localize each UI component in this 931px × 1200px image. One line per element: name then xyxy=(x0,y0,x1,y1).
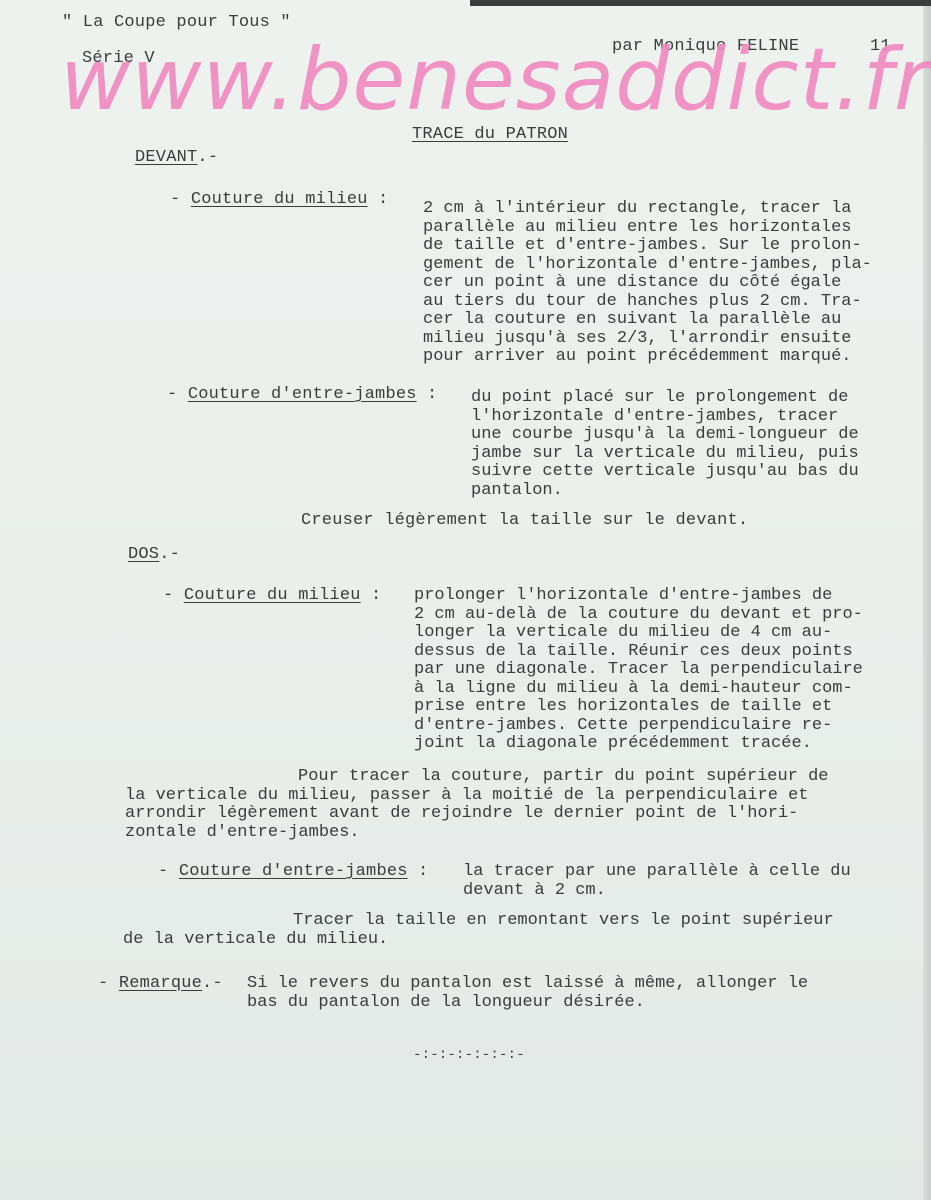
dos-heading-text: DOS xyxy=(128,545,159,564)
text-line: à la ligne du milieu à la demi-hauteur c… xyxy=(414,680,863,699)
devant-couture-entre-jambes-text: du point placé sur le prolongement del'h… xyxy=(471,389,859,500)
devant-note: Creuser légèrement la taille sur le deva… xyxy=(301,512,748,531)
text-line: prolonger l'horizontale d'entre-jambes d… xyxy=(414,587,863,606)
label-text: Couture d'entre-jambes xyxy=(188,385,417,404)
text-line: longer la verticale du milieu de 4 cm au… xyxy=(414,624,863,643)
text-line: cer la couture en suivant la parallèle a… xyxy=(423,311,872,330)
text-line: Tracer la taille en remontant vers le po… xyxy=(123,912,834,931)
text-line: une courbe jusqu'à la demi-longueur de xyxy=(471,426,859,445)
text-line: du point placé sur le prolongement de xyxy=(471,389,859,408)
text-line: arrondir légèrement avant de rejoindre l… xyxy=(125,805,829,824)
text-line: Si le revers du pantalon est laissé à mê… xyxy=(247,975,808,994)
text-line: pantalon. xyxy=(471,482,859,501)
text-line: la tracer par une parallèle à celle du xyxy=(463,863,851,882)
end-separator: -:-:-:-:-:-:- xyxy=(413,1046,525,1065)
text-line: jambe sur la verticale du milieu, puis xyxy=(471,445,859,464)
label-text: Couture du milieu xyxy=(191,190,368,209)
devant-heading-text: DEVANT xyxy=(135,148,197,167)
scan-right-edge xyxy=(923,6,931,1200)
dos-couture-milieu-label: - Couture du milieu : xyxy=(163,587,381,606)
devant-heading-suffix: .- xyxy=(197,148,218,167)
text-line: 2 cm au-delà de la couture du devant et … xyxy=(414,606,863,625)
text-line: milieu jusqu'à ses 2/3, l'arrondir ensui… xyxy=(423,330,872,349)
text-line: bas du pantalon de la longueur désirée. xyxy=(247,994,808,1013)
dos-heading-suffix: .- xyxy=(159,545,180,564)
remarque-label: - Remarque.- xyxy=(98,975,223,994)
text-line: de la verticale du milieu. xyxy=(123,931,834,950)
page-title: TRACE du PATRON xyxy=(412,126,568,145)
watermark-link: www.benesaddict.fr xyxy=(60,30,930,130)
text-line: Pour tracer la couture, partir du point … xyxy=(125,768,829,787)
label-suffix: .- xyxy=(202,974,223,993)
text-line: par une diagonale. Tracer la perpendicul… xyxy=(414,661,863,680)
text-line: zontale d'entre-jambes. xyxy=(125,824,829,843)
text-line: joint la diagonale précédemment tracée. xyxy=(414,735,863,754)
text-line: cer un point à une distance du côté égal… xyxy=(423,274,872,293)
dos-couture-entre-jambes-text: la tracer par une parallèle à celle dude… xyxy=(463,863,851,900)
text-line: suivre cette verticale jusqu'au bas du xyxy=(471,463,859,482)
dos-taille-paragraph: Tracer la taille en remontant vers le po… xyxy=(123,912,834,949)
text-line: devant à 2 cm. xyxy=(463,882,851,901)
text-line: de taille et d'entre-jambes. Sur le prol… xyxy=(423,237,872,256)
text-line: gement de l'horizontale d'entre-jambes, … xyxy=(423,256,872,275)
text-line: la verticale du milieu, passer à la moit… xyxy=(125,787,829,806)
text-line: prise entre les horizontales de taille e… xyxy=(414,698,863,717)
label-text: Couture du milieu xyxy=(184,586,361,605)
text-line: dessus de la taille. Réunir ces deux poi… xyxy=(414,643,863,662)
scan-top-edge xyxy=(470,0,931,6)
dos-couture-entre-jambes-label: - Couture d'entre-jambes : xyxy=(158,863,428,882)
remarque-text: Si le revers du pantalon est laissé à mê… xyxy=(247,975,808,1012)
text-line: l'horizontale d'entre-jambes, tracer xyxy=(471,408,859,427)
text-line: parallèle au milieu entre les horizontal… xyxy=(423,219,872,238)
section-dos-heading: DOS.- xyxy=(128,546,180,565)
devant-couture-entre-jambes-label: - Couture d'entre-jambes : xyxy=(167,386,437,405)
text-line: 2 cm à l'intérieur du rectangle, tracer … xyxy=(423,200,872,219)
section-devant-heading: DEVANT.- xyxy=(135,149,218,168)
text-line: pour arriver au point précédemment marqu… xyxy=(423,348,872,367)
dos-couture-paragraph: Pour tracer la couture, partir du point … xyxy=(125,768,829,842)
dos-couture-milieu-text: prolonger l'horizontale d'entre-jambes d… xyxy=(414,587,863,754)
devant-couture-milieu-text: 2 cm à l'intérieur du rectangle, tracer … xyxy=(423,200,872,367)
label-text: Remarque xyxy=(119,974,202,993)
text-line: au tiers du tour de hanches plus 2 cm. T… xyxy=(423,293,872,312)
text-line: d'entre-jambes. Cette perpendiculaire re… xyxy=(414,717,863,736)
label-text: Couture d'entre-jambes xyxy=(179,862,408,881)
devant-couture-milieu-label: - Couture du milieu : xyxy=(170,191,388,210)
